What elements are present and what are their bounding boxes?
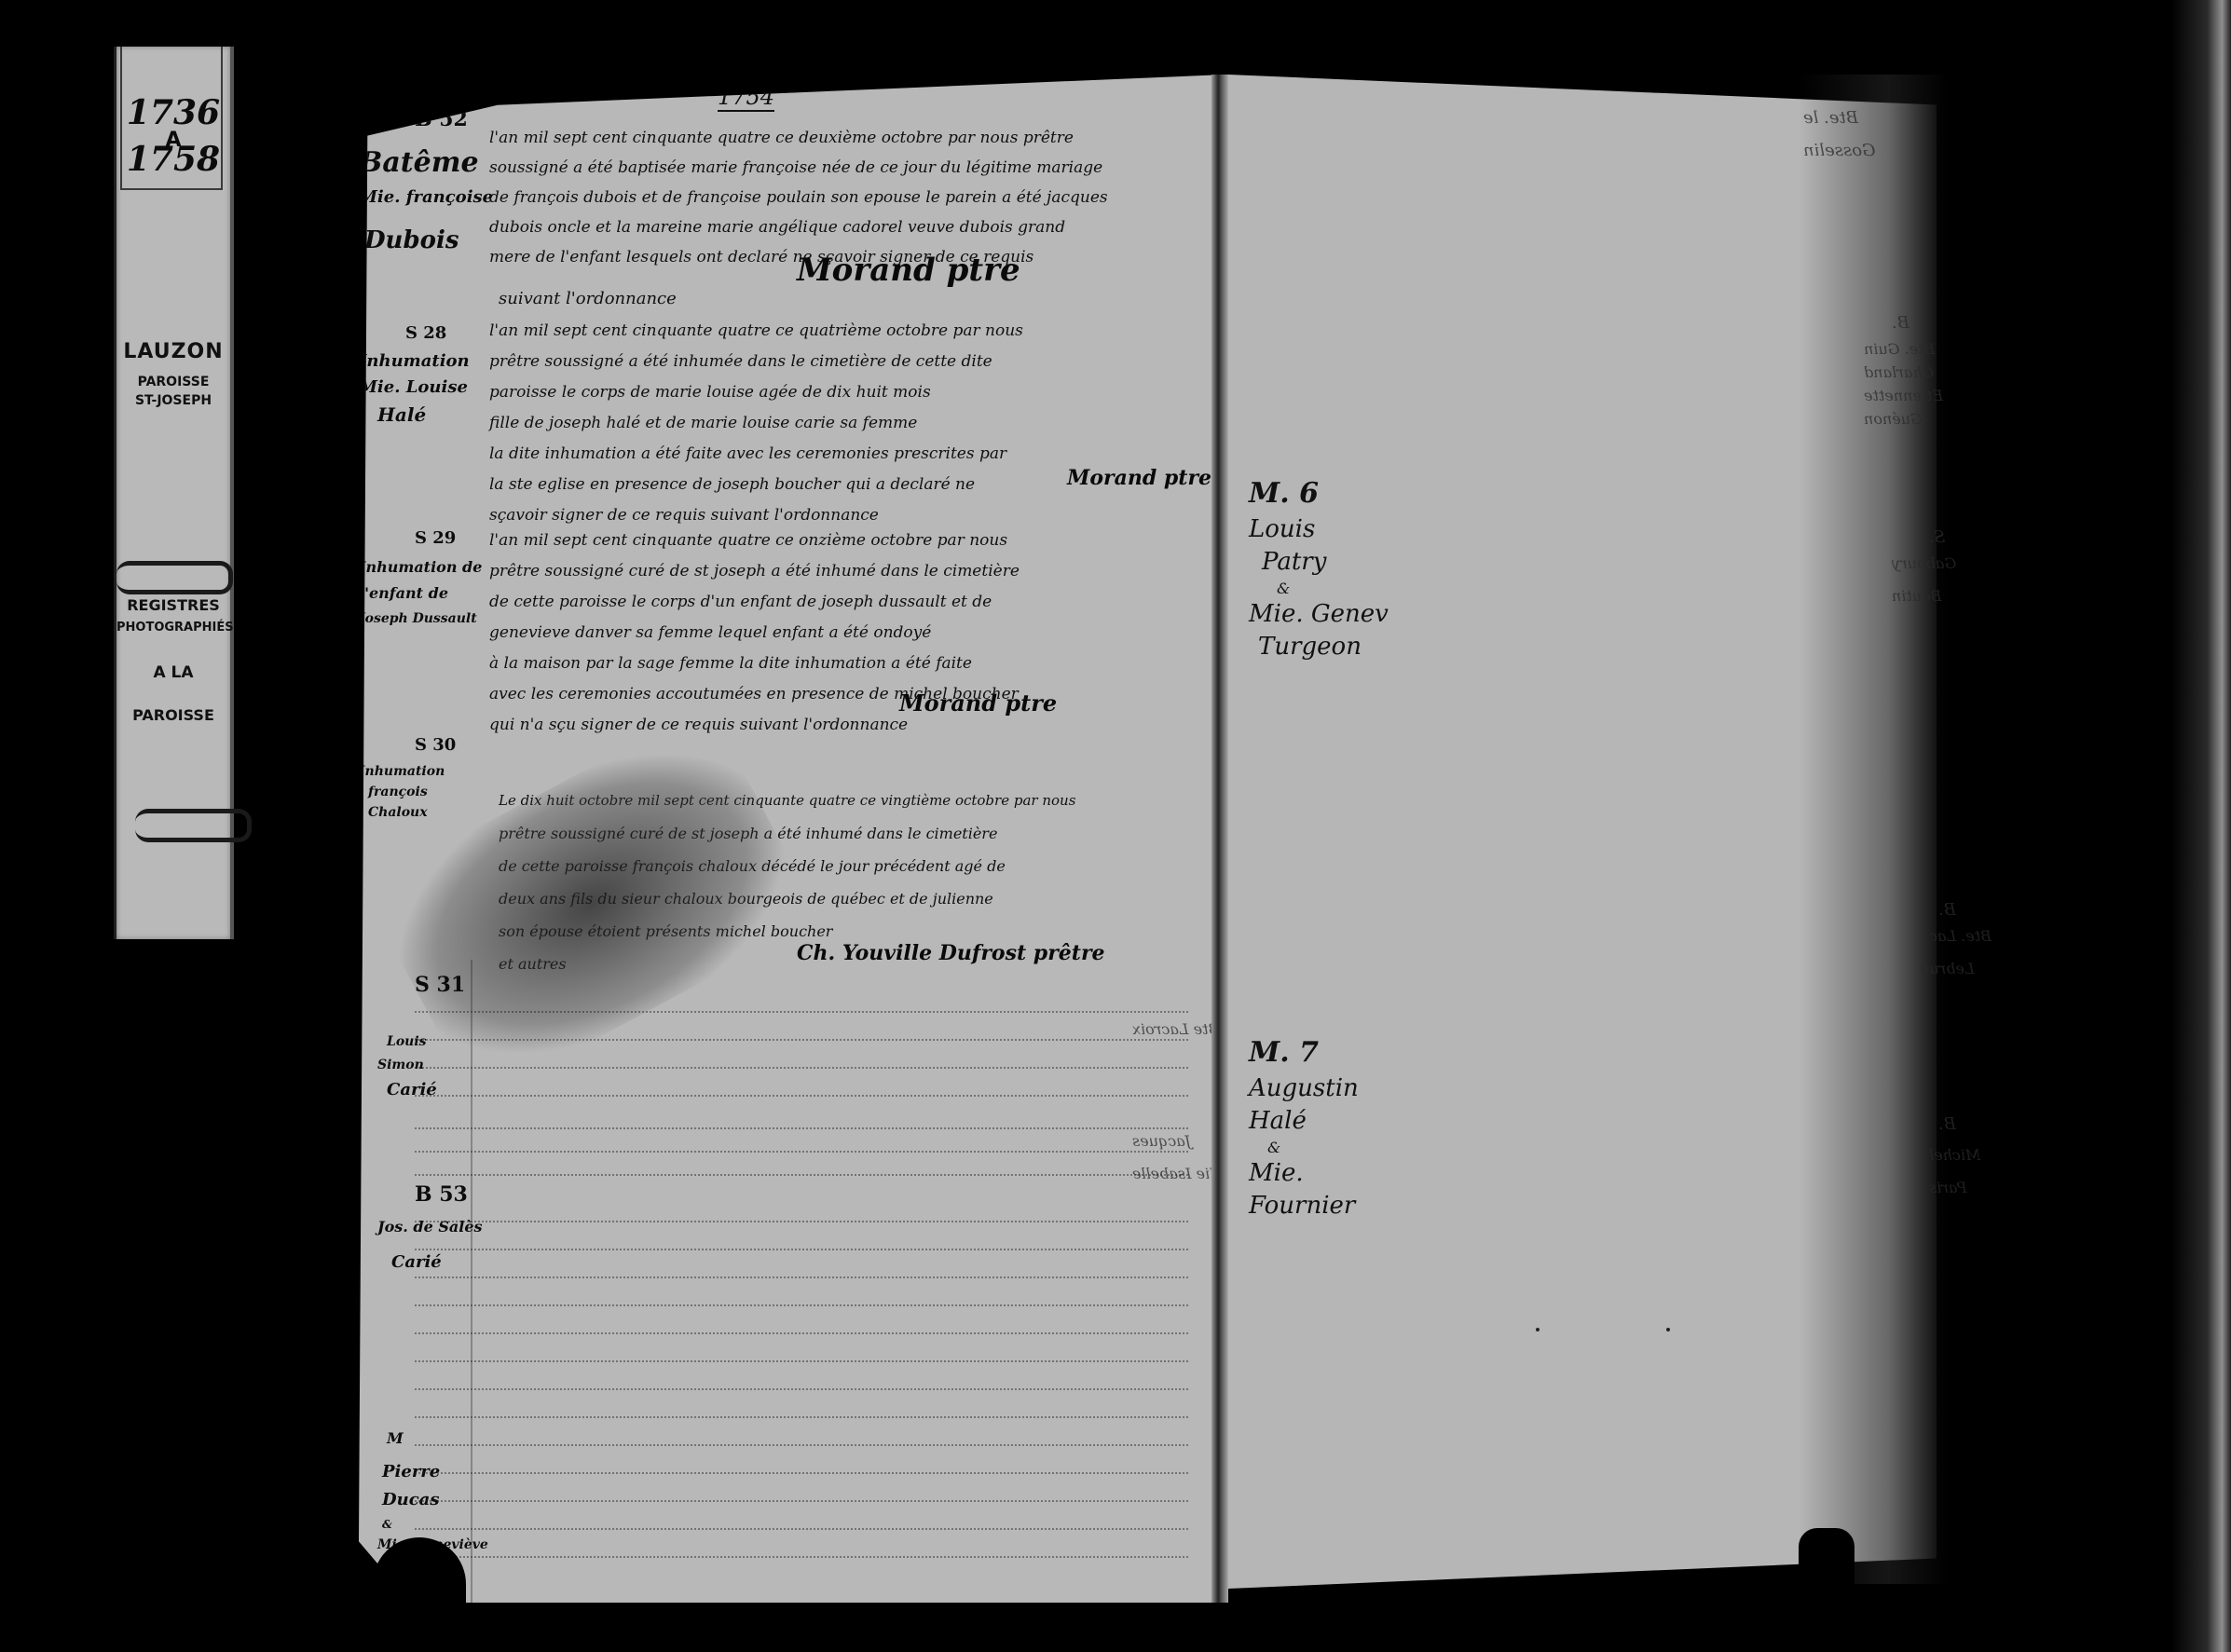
- speck: [1666, 1328, 1670, 1331]
- entry-number: S 30: [415, 736, 456, 756]
- parish-line-2: ST-JOSEPH: [116, 393, 230, 408]
- edge-note: Bte. le: [1803, 102, 1858, 134]
- priest-signature: Morand ptre: [797, 252, 1020, 289]
- note-line-1: REGISTRES: [116, 596, 230, 614]
- entry-number: M. 6: [1249, 475, 1389, 513]
- entry-margin-surname: Dubois: [364, 227, 459, 255]
- entry-number: B 53: [415, 1183, 468, 1207]
- marriage-entry-6: M. 6 Louis Patry & Mie. Genev Turgeon: [1249, 475, 1389, 663]
- bleed-through-line: [415, 1127, 1188, 1131]
- entry-line: la dite inhumation a été faite avec les …: [489, 444, 1006, 463]
- bleed-through-line: [415, 1528, 1188, 1532]
- priest-signature: Morand ptre: [899, 689, 1057, 717]
- bleed-through-line: [415, 1151, 1188, 1154]
- entry-line: prêtre soussigné a été inhumée dans le c…: [489, 352, 992, 371]
- entry-line: l'an mil sept cent cinquante quatre ce q…: [489, 321, 1023, 340]
- entry-margin-title: Batême: [359, 147, 479, 180]
- entry-line: Mie.: [1249, 1157, 1359, 1190]
- entry-line: l'an mil sept cent cinquante quatre ce o…: [489, 531, 1007, 550]
- bleed-through-line: [415, 1304, 1188, 1308]
- entry-line: Halé: [1249, 1105, 1359, 1138]
- book-gutter: [1211, 75, 1228, 1603]
- bleed-through-line: [415, 1444, 1188, 1448]
- bleed-through-line: [415, 1416, 1188, 1420]
- binding-clip: [1799, 1528, 1855, 1593]
- bleed-through-line: [415, 1500, 1188, 1504]
- bleed-through-line: [415, 1388, 1188, 1392]
- bleed-through-line: [415, 1095, 1188, 1099]
- entry-margin-name: Mie. Louise: [359, 378, 468, 398]
- bleed-through-line: [415, 1221, 1188, 1224]
- note-line-3: A LA: [116, 663, 230, 682]
- margin-rule: [471, 960, 472, 1603]
- entry-margin-title: Inhumation: [359, 352, 470, 372]
- entry-margin-surname: Joseph Dussault: [359, 611, 477, 626]
- place-name: LAUZON: [116, 340, 230, 363]
- film-edge: [2171, 0, 2231, 1652]
- year-header: 1754: [718, 84, 774, 112]
- bleed-through-line: [415, 1067, 1188, 1071]
- entry-number: M: [387, 1430, 404, 1447]
- edge-note: B.: [1938, 1109, 1956, 1140]
- margin-note: Jacques: [1132, 1127, 1191, 1155]
- edge-note: Lebrun: [1920, 955, 1975, 983]
- entry-line: Fournier: [1249, 1190, 1359, 1222]
- edge-note: Paris: [1929, 1174, 1967, 1202]
- margin-note: Bte Lacroix: [1132, 1016, 1219, 1044]
- bleed-through-line: [415, 1556, 1188, 1560]
- edge-note: Michel: [1929, 1141, 1980, 1169]
- entry-line: de françois dubois et de françoise poula…: [489, 188, 1108, 207]
- page-edge-shadow: [1799, 75, 1948, 1584]
- bleed-through-line: [415, 1277, 1188, 1280]
- edge-note: Gaboury: [1892, 550, 1956, 578]
- label-strip: 1736 A 1758 LAUZON PAROISSE ST-JOSEPH RE…: [114, 47, 234, 939]
- entry-line: &: [1249, 579, 1389, 599]
- entry-line: Patry: [1249, 546, 1389, 579]
- entry-line: suivant l'ordonnance: [499, 289, 677, 308]
- year-end: 1758: [116, 140, 230, 179]
- entry-number: B 52: [415, 108, 468, 131]
- entry-margin-name: françois: [368, 785, 428, 799]
- entry-number: M. 7: [1249, 1034, 1359, 1072]
- entry-line: Louis: [1249, 513, 1389, 546]
- note-line-2: PHOTOGRAPHIÉS: [116, 621, 230, 635]
- edge-note: Boutin: [1892, 582, 1942, 610]
- entry-number: S 31: [415, 974, 465, 997]
- entry-margin-title: Inhumation de: [359, 559, 482, 576]
- entry-margin-and: &: [382, 1519, 392, 1532]
- bleed-through-line: [415, 1472, 1188, 1476]
- entry-margin-surname: Chaloux: [368, 805, 428, 820]
- bleed-through-line: [415, 1360, 1188, 1364]
- entry-margin-title: Inhumation: [359, 764, 445, 779]
- entry-line: fille de joseph halé et de marie louise …: [489, 414, 917, 432]
- entry-line: dubois oncle et la mareine marie angéliq…: [489, 218, 1065, 237]
- bleed-through-line: [415, 1332, 1188, 1336]
- edge-note: Bte. Lac: [1929, 922, 1991, 950]
- note-line-4: PAROISSE: [116, 706, 230, 724]
- entry-line: Augustin: [1249, 1072, 1359, 1105]
- speck: [1536, 1328, 1540, 1331]
- priest-signature: Morand ptre: [1067, 466, 1211, 490]
- left-page: 20 1754 B 52 Batême Mie. françoise Duboi…: [359, 75, 1225, 1603]
- paperclip-icon: [135, 809, 252, 842]
- entry-number: S 28: [405, 324, 446, 344]
- page-number: 20: [368, 86, 391, 108]
- entry-line: prêtre soussigné curé de st joseph a été…: [489, 562, 1020, 580]
- year-start: 1736: [116, 93, 230, 132]
- edge-note: Guénon: [1864, 405, 1923, 433]
- paperclip-icon: [116, 561, 233, 594]
- entry-number: S 29: [415, 529, 456, 549]
- entry-margin-name: l'enfant de: [359, 585, 448, 602]
- entry-line: l'an mil sept cent cinquante quatre ce d…: [489, 129, 1074, 147]
- entry-line: genevieve danver sa femme lequel enfant …: [489, 623, 931, 642]
- edge-note: Gosselin: [1803, 135, 1875, 167]
- entry-line: paroisse le corps de marie louise agée d…: [489, 383, 931, 402]
- entry-margin-surname: Halé: [377, 404, 426, 426]
- entry-line: de cette paroisse le corps d'un enfant d…: [489, 593, 992, 611]
- entry-line: à la maison par la sage femme la dite in…: [489, 654, 972, 673]
- entry-line: sçavoir signer de ce requis suivant l'or…: [489, 506, 879, 525]
- bleed-through-line: [415, 1011, 1188, 1015]
- bleed-through-line: [415, 1249, 1188, 1252]
- marriage-entry-7: M. 7 Augustin Halé & Mie. Fournier: [1249, 1034, 1359, 1222]
- entry-margin-name: Mie. françoise: [359, 188, 493, 208]
- entry-line: Turgeon: [1249, 631, 1389, 663]
- priest-signature: Ch. Youville Dufrost prêtre: [797, 941, 1105, 965]
- entry-line: Mie. Genev: [1249, 598, 1389, 631]
- entry-line: &: [1249, 1138, 1359, 1158]
- bleed-through-line: [415, 1174, 1188, 1178]
- parish-line-1: PAROISSE: [116, 375, 230, 389]
- bleed-through-line: [415, 1039, 1188, 1043]
- entry-line: soussigné a été baptisée marie françoise…: [489, 158, 1102, 177]
- entry-line: la ste eglise en presence de joseph bouc…: [489, 475, 975, 494]
- entry-margin-surname: Carié: [391, 1253, 442, 1273]
